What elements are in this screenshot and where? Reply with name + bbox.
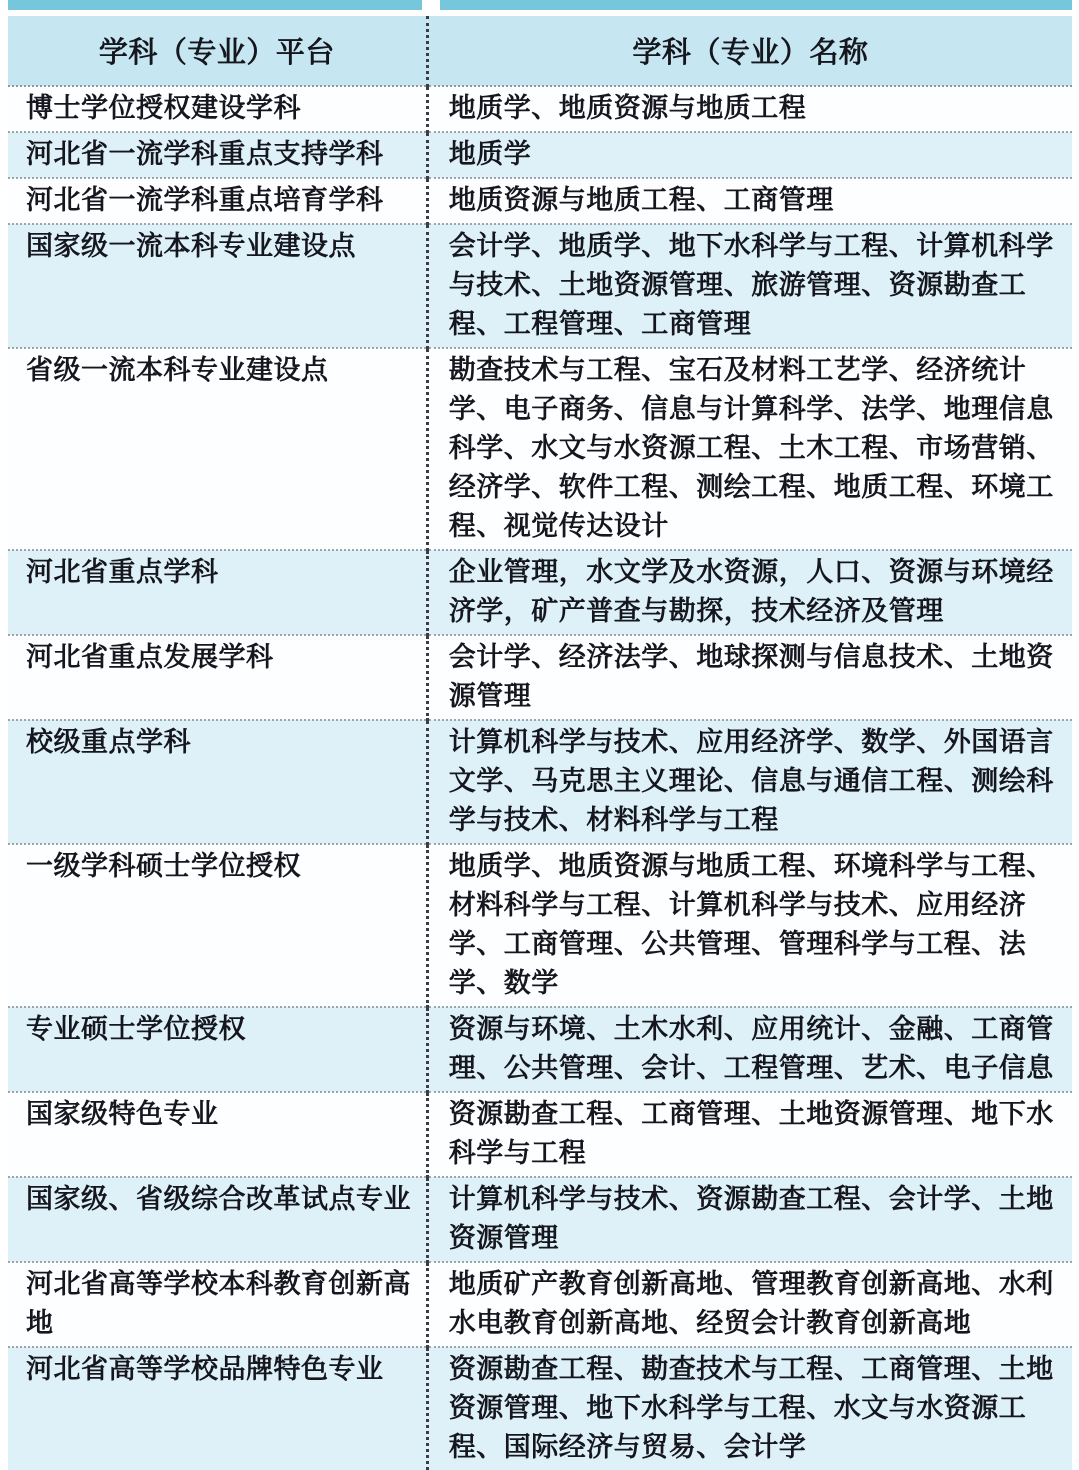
platform-cell: 专业硕士学位授权 (8, 1007, 427, 1092)
table-row: 一级学科硕士学位授权地质学、地质资源与地质工程、环境科学与工程、材料科学与工程、… (8, 844, 1072, 1007)
names-cell: 资源与环境、土木水利、应用统计、金融、工商管理、公共管理、会计、工程管理、艺术、… (427, 1007, 1072, 1092)
table-row: 国家级特色专业资源勘查工程、工商管理、土地资源管理、地下水科学与工程 (8, 1092, 1072, 1177)
discipline-platform-table: 学科（专业）平台 学科（专业）名称 博士学位授权建设学科地质学、地质资源与地质工… (8, 16, 1072, 1392)
names-cell: 计算机科学与技术、资源勘查工程、会计学、土地资源管理 (427, 1177, 1072, 1262)
names-cell: 会计学、地质学、地下水科学与工程、计算机科学与技术、土地资源管理、旅游管理、资源… (427, 224, 1072, 348)
platform-cell: 校级重点学科 (8, 720, 427, 844)
table-row: 博士学位授权建设学科地质学、地质资源与地质工程 (8, 86, 1072, 132)
header-row: 学科（专业）平台 学科（专业）名称 (8, 16, 1072, 86)
table-row: 河北省重点学科企业管理，水文学及水资源，人口、资源与环境经济学，矿产普查与勘探，… (8, 550, 1072, 635)
table-row: 省级一流本科专业建设点勘查技术与工程、宝石及材料工艺学、经济统计学、电子商务、信… (8, 348, 1072, 550)
platform-cell: 河北省一流学科重点培育学科 (8, 178, 427, 224)
table-row: 河北省高等学校品牌特色专业资源勘查工程、勘查技术与工程、工商管理、土地资源管理、… (8, 1347, 1072, 1392)
names-cell: 资源勘查工程、工商管理、土地资源管理、地下水科学与工程 (427, 1092, 1072, 1177)
table-row: 河北省重点发展学科会计学、经济法学、地球探测与信息技术、土地资源管理 (8, 635, 1072, 720)
table-top-accent-bar (8, 0, 1072, 10)
names-cell: 会计学、经济法学、地球探测与信息技术、土地资源管理 (427, 635, 1072, 720)
names-cell: 勘查技术与工程、宝石及材料工艺学、经济统计学、电子商务、信息与计算科学、法学、地… (427, 348, 1072, 550)
names-cell: 地质学、地质资源与地质工程 (427, 86, 1072, 132)
platform-cell: 河北省高等学校本科教育创新高地 (8, 1262, 427, 1347)
table-row: 河北省高等学校本科教育创新高地地质矿产教育创新高地、管理教育创新高地、水利水电教… (8, 1262, 1072, 1347)
platform-cell: 国家级一流本科专业建设点 (8, 224, 427, 348)
platform-cell: 国家级、省级综合改革试点专业 (8, 1177, 427, 1262)
platform-cell: 省级一流本科专业建设点 (8, 348, 427, 550)
header-platform-column: 学科（专业）平台 (8, 16, 427, 86)
table-body: 博士学位授权建设学科地质学、地质资源与地质工程河北省一流学科重点支持学科地质学河… (8, 86, 1072, 1392)
platform-cell: 一级学科硕士学位授权 (8, 844, 427, 1007)
table-header: 学科（专业）平台 学科（专业）名称 (8, 16, 1072, 86)
table-row: 国家级一流本科专业建设点会计学、地质学、地下水科学与工程、计算机科学与技术、土地… (8, 224, 1072, 348)
names-cell: 地质矿产教育创新高地、管理教育创新高地、水利水电教育创新高地、经贸会计教育创新高… (427, 1262, 1072, 1347)
platform-cell: 博士学位授权建设学科 (8, 86, 427, 132)
discipline-table-container: 学科（专业）平台 学科（专业）名称 博士学位授权建设学科地质学、地质资源与地质工… (8, 0, 1072, 1392)
table-row: 河北省一流学科重点培育学科地质资源与地质工程、工商管理 (8, 178, 1072, 224)
names-cell: 地质资源与地质工程、工商管理 (427, 178, 1072, 224)
table-row: 专业硕士学位授权资源与环境、土木水利、应用统计、金融、工商管理、公共管理、会计、… (8, 1007, 1072, 1092)
names-cell: 企业管理，水文学及水资源，人口、资源与环境经济学，矿产普查与勘探，技术经济及管理 (427, 550, 1072, 635)
platform-cell: 河北省重点学科 (8, 550, 427, 635)
table-row: 国家级、省级综合改革试点专业计算机科学与技术、资源勘查工程、会计学、土地资源管理 (8, 1177, 1072, 1262)
names-cell: 资源勘查工程、勘查技术与工程、工商管理、土地资源管理、地下水科学与工程、水文与水… (427, 1347, 1072, 1392)
names-cell: 地质学 (427, 132, 1072, 178)
platform-cell: 河北省一流学科重点支持学科 (8, 132, 427, 178)
names-cell: 地质学、地质资源与地质工程、环境科学与工程、材料科学与工程、计算机科学与技术、应… (427, 844, 1072, 1007)
table-row: 河北省一流学科重点支持学科地质学 (8, 132, 1072, 178)
platform-cell: 国家级特色专业 (8, 1092, 427, 1177)
platform-cell: 河北省高等学校品牌特色专业 (8, 1347, 427, 1392)
table-row: 校级重点学科计算机科学与技术、应用经济学、数学、外国语言文学、马克思主义理论、信… (8, 720, 1072, 844)
names-cell: 计算机科学与技术、应用经济学、数学、外国语言文学、马克思主义理论、信息与通信工程… (427, 720, 1072, 844)
platform-cell: 河北省重点发展学科 (8, 635, 427, 720)
header-names-column: 学科（专业）名称 (427, 16, 1072, 86)
